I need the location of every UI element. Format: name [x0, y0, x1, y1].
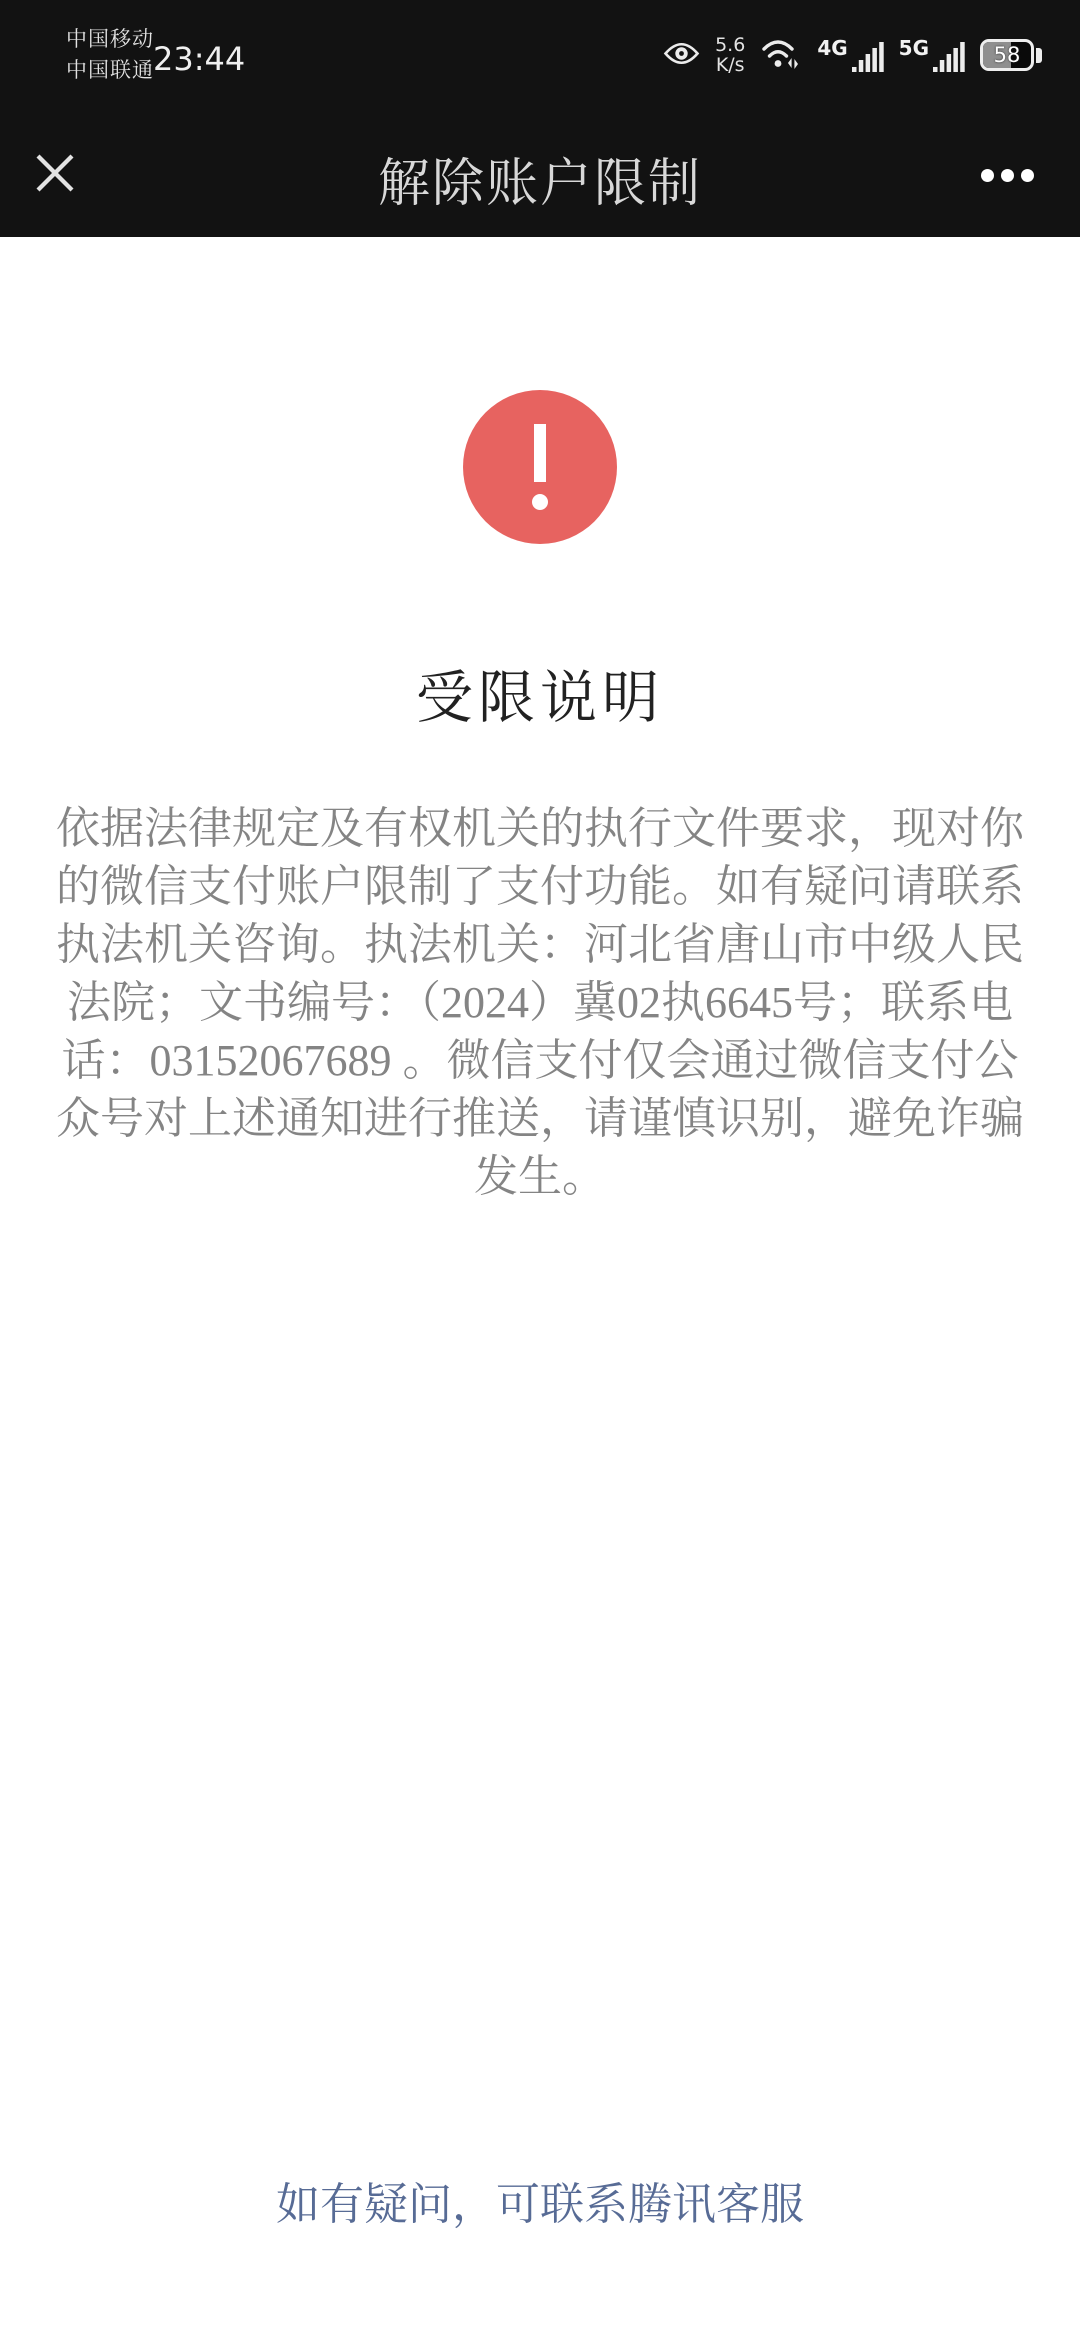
- carrier-2: 中国联通: [66, 55, 154, 86]
- sim1-network-type: 4G: [817, 38, 847, 58]
- contact-support-link[interactable]: 如有疑问，可联系腾讯客服: [0, 2168, 1080, 2232]
- eye-icon: [663, 40, 700, 71]
- exclamation-bar: [534, 424, 546, 482]
- signal-bars-icon: [933, 42, 965, 76]
- more-dot: [981, 169, 994, 182]
- clock: 23:44: [153, 40, 245, 78]
- battery-icon: 58: [980, 39, 1042, 71]
- page: 中国移动 中国联通 23:44 5.6 K/s: [0, 0, 1080, 2340]
- more-menu-button[interactable]: [981, 165, 1034, 186]
- more-dot: [1021, 169, 1034, 182]
- battery-tip: [1036, 48, 1042, 63]
- carrier-labels: 中国移动 中国联通: [66, 24, 154, 86]
- sim2-signal: 5G: [899, 38, 965, 72]
- network-speed: 5.6 K/s: [715, 35, 745, 75]
- network-speed-value: 5.6: [715, 35, 745, 55]
- alert-exclamation-icon: [463, 390, 617, 544]
- sim1-signal: 4G: [817, 38, 883, 72]
- carrier-1: 中国移动: [66, 24, 154, 55]
- network-speed-unit: K/s: [715, 55, 745, 75]
- header-bar: 中国移动 中国联通 23:44 5.6 K/s: [0, 0, 1080, 237]
- wifi-icon: [760, 36, 802, 74]
- battery-percent: 58: [983, 42, 1031, 68]
- restriction-heading: 受限说明: [0, 652, 1080, 734]
- exclamation-dot: [532, 494, 548, 510]
- restriction-notice-text: 依据法律规定及有权机关的执行文件要求，现对你的微信支付账户限制了支付功能。如有疑…: [55, 800, 1025, 1206]
- signal-bars-icon: [852, 42, 884, 76]
- page-title: 解除账户限制: [0, 150, 1080, 220]
- sim2-network-type: 5G: [899, 38, 929, 58]
- status-icons: 5.6 K/s 4G: [663, 34, 1042, 76]
- more-dot: [1001, 169, 1014, 182]
